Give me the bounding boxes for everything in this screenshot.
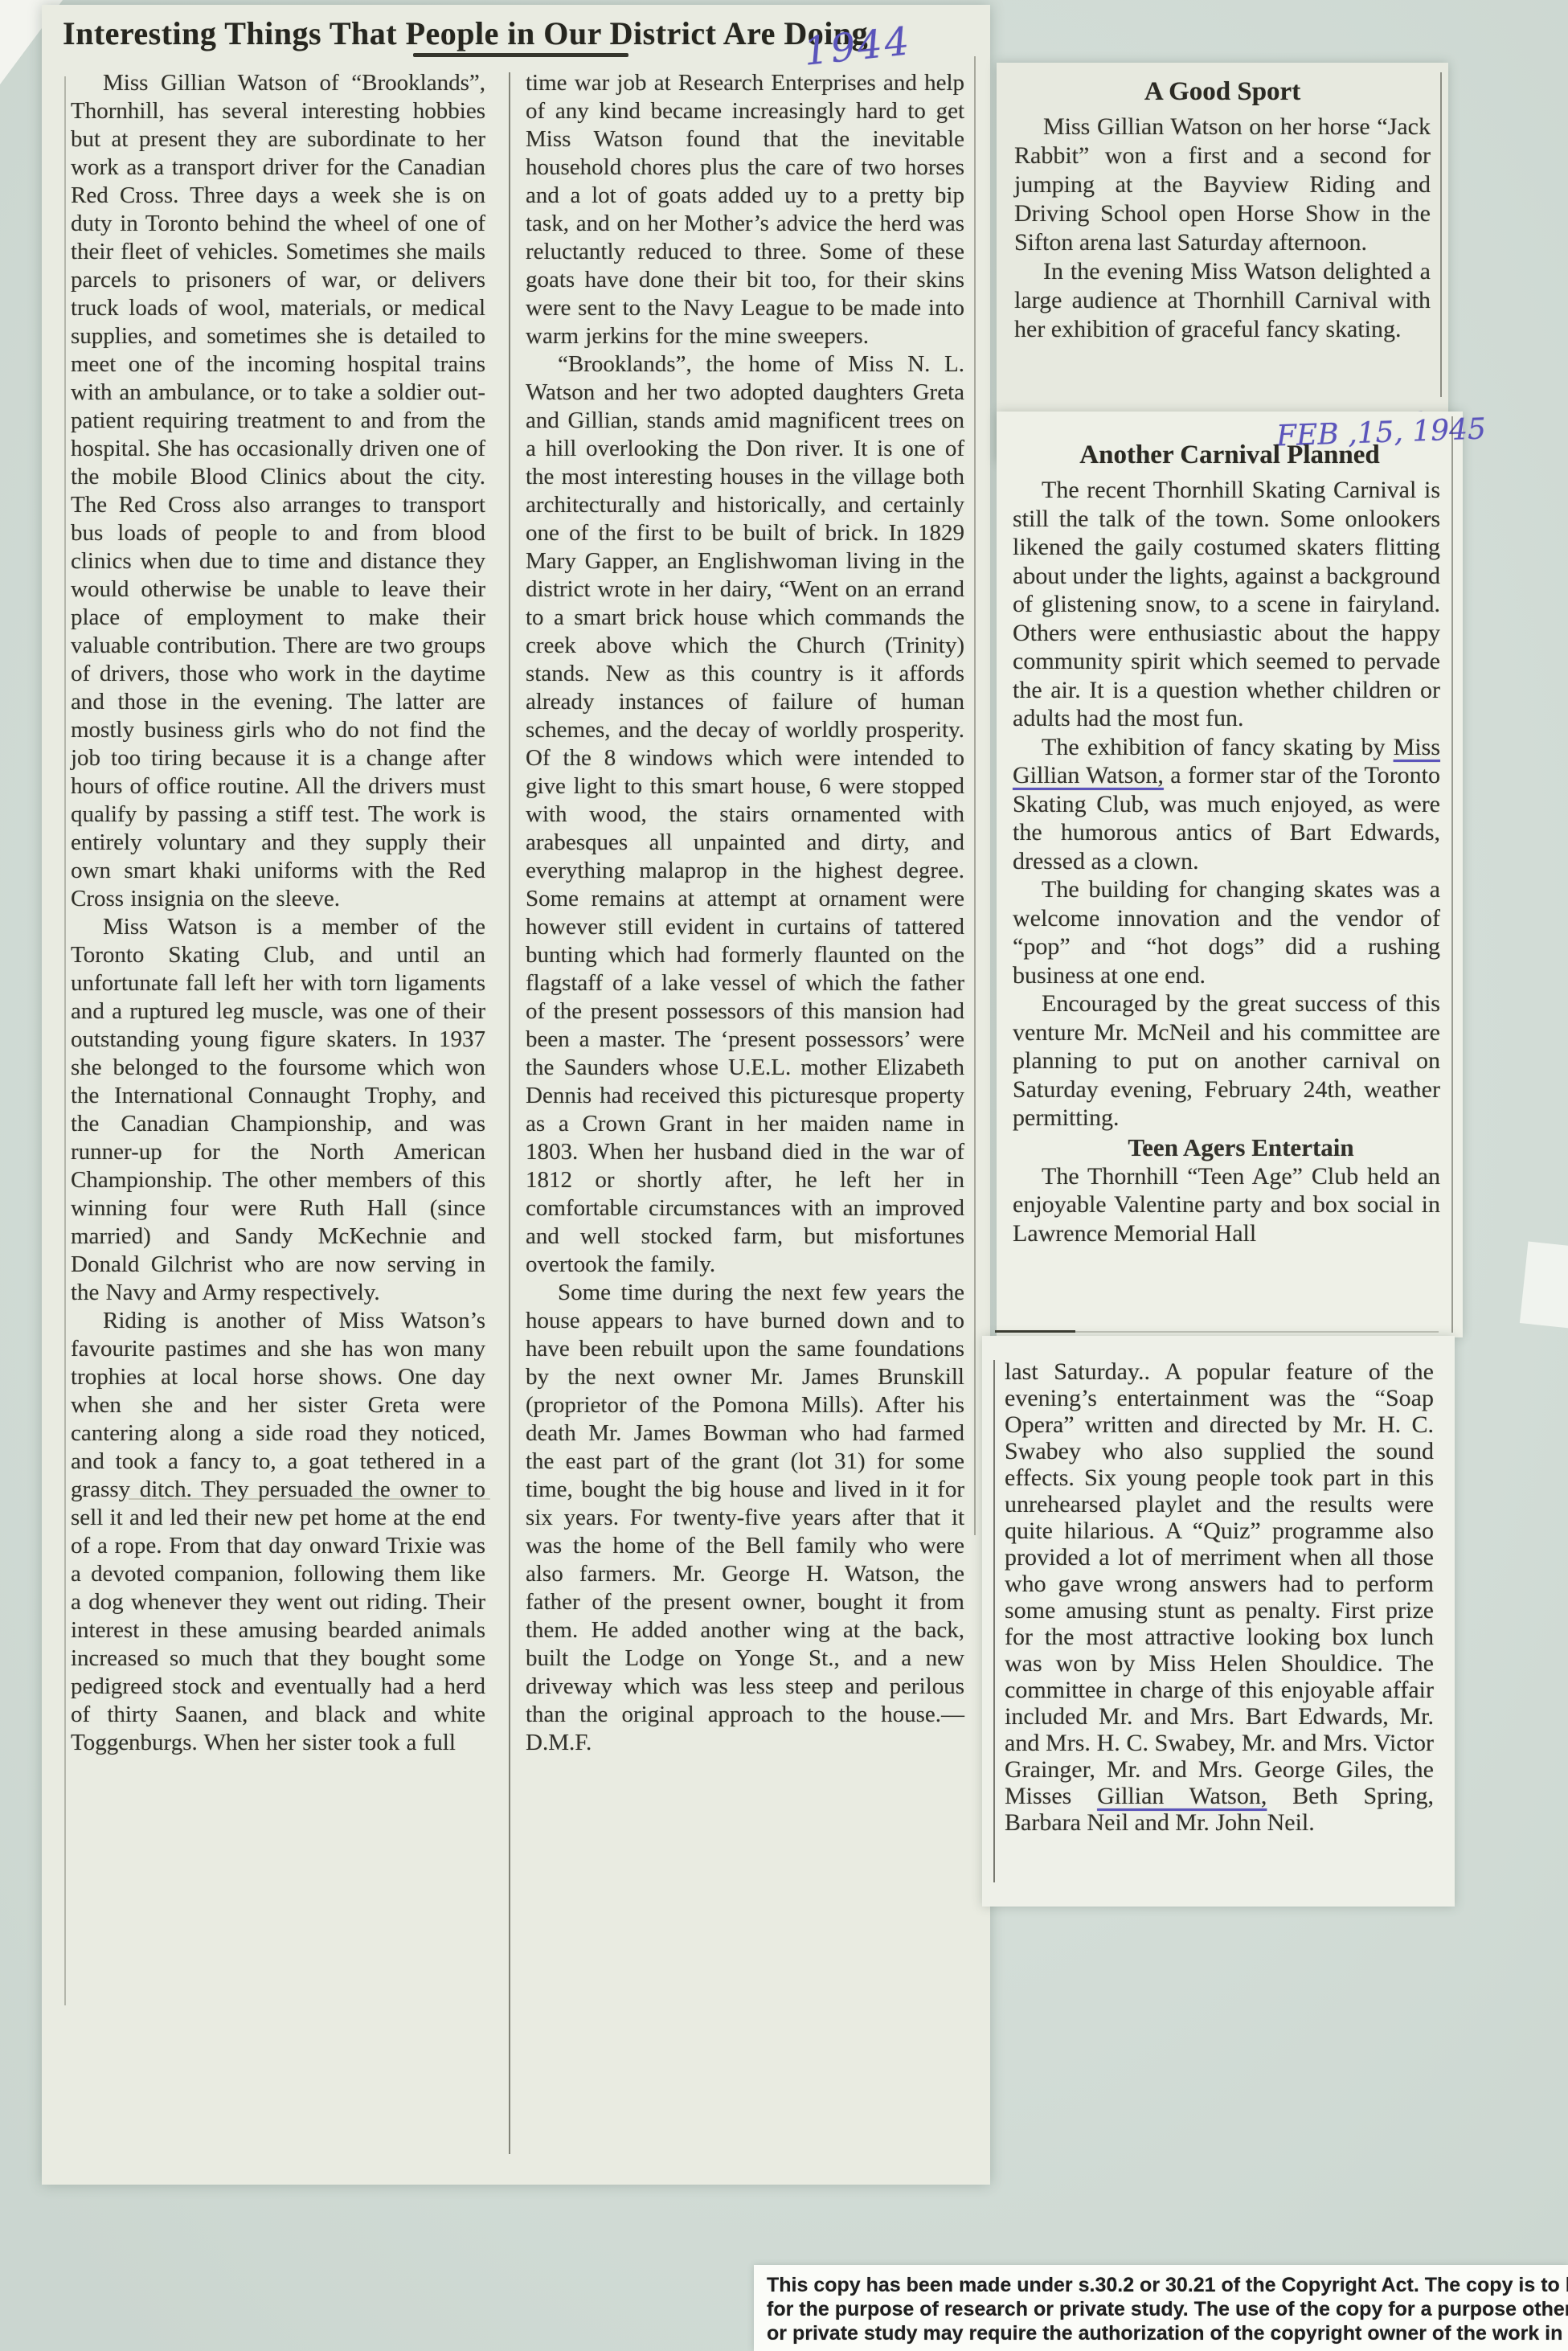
article-paragraph: “Brooklands”, the home of Miss N. L. Wat… [526,350,964,1279]
article-paragraph: Riding is another of Miss Watson’s favou… [71,1307,485,1757]
column-divider-rule [509,72,510,2154]
article-paragraph: Miss Gillian Watson of “Brooklands”, Tho… [71,69,485,913]
carnival-paragraph-text: last Saturday.. A popular feature of the… [1005,1358,1434,1809]
carnival-paragraph: The exhibition of fancy skating by Miss … [1013,733,1440,876]
article-column-1: Miss Gillian Watson of “Brooklands”, Tho… [71,69,485,1757]
article-column-2: time war job at Research Enterprises and… [526,69,964,1757]
good-sport-paragraph: In the evening Miss Watson delighted a l… [1014,257,1431,344]
carnival-edge-line [1451,416,1453,1333]
torn-paper-notch [1520,1242,1568,1329]
carnival-paragraph: The Thornhill “Teen Age” Club held an en… [1013,1162,1440,1248]
stamp-line: for the purpose of research or private s… [767,2297,1558,2321]
copyright-stamp: This copy has been made under s.30.2 or … [754,2265,1568,2351]
clipping-seam [995,1330,1075,1333]
carnival-paragraph-continuation: last Saturday.. A popular feature of the… [1005,1358,1434,1836]
good-sport-title: A Good Sport [997,77,1448,107]
clipping-right-edge-line [974,56,976,1535]
stamp-line: or private study may require the authori… [767,2321,1558,2345]
carnival-paragraph: The building for changing skates was a w… [1013,875,1440,989]
copyright-stamp-text: This copy has been made under s.30.2 or … [767,2273,1558,2345]
article-paragraph-continuation: time war job at Research Enterprises and… [526,69,964,350]
carnival-paragraph: The recent Thornhill Skating Carnival is… [1013,476,1440,733]
teen-agers-subhead: Teen Agers Entertain [1013,1132,1440,1162]
carnival-paragraph-text: The exhibition of fancy skating by [1042,734,1394,760]
article-paragraph: Some time during the next few years the … [526,1279,964,1757]
headline-rule [413,53,628,57]
good-sport-edge-line [1440,72,1442,397]
carnival-part2-body: last Saturday.. A popular feature of the… [1005,1358,1434,1836]
underlined-name: Gillian Watson, [1097,1783,1267,1809]
carnival-part2-edge-line [993,1360,995,1882]
good-sport-body: Miss Gillian Watson on her horse “Jack R… [1014,113,1431,344]
good-sport-paragraph: Miss Gillian Watson on her horse “Jack R… [1014,113,1431,257]
paper-crease [129,1498,490,1500]
carnival-title: Another Carnival Planned [997,440,1463,470]
clipping-seam-faint [1075,1331,1439,1333]
carnival-paragraph: Encouraged by the great success of this … [1013,989,1440,1132]
carnival-clipping: FEB ,15, 1945 Another Carnival Planned T… [997,412,1463,1337]
carnival-body: The recent Thornhill Skating Carnival is… [1013,476,1440,1247]
scanned-newspaper-page: Interesting Things That People in Our Di… [0,0,1568,2351]
stamp-line: This copy has been made under s.30.2 or … [767,2273,1558,2297]
good-sport-clipping: A Good Sport Miss Gillian Watson on her … [997,63,1448,462]
article-paragraph: Miss Watson is a member of the Toronto S… [71,913,485,1307]
carnival-clipping-part2: last Saturday.. A popular feature of the… [982,1336,1455,1907]
clipping-left-edge-line [64,76,66,2005]
